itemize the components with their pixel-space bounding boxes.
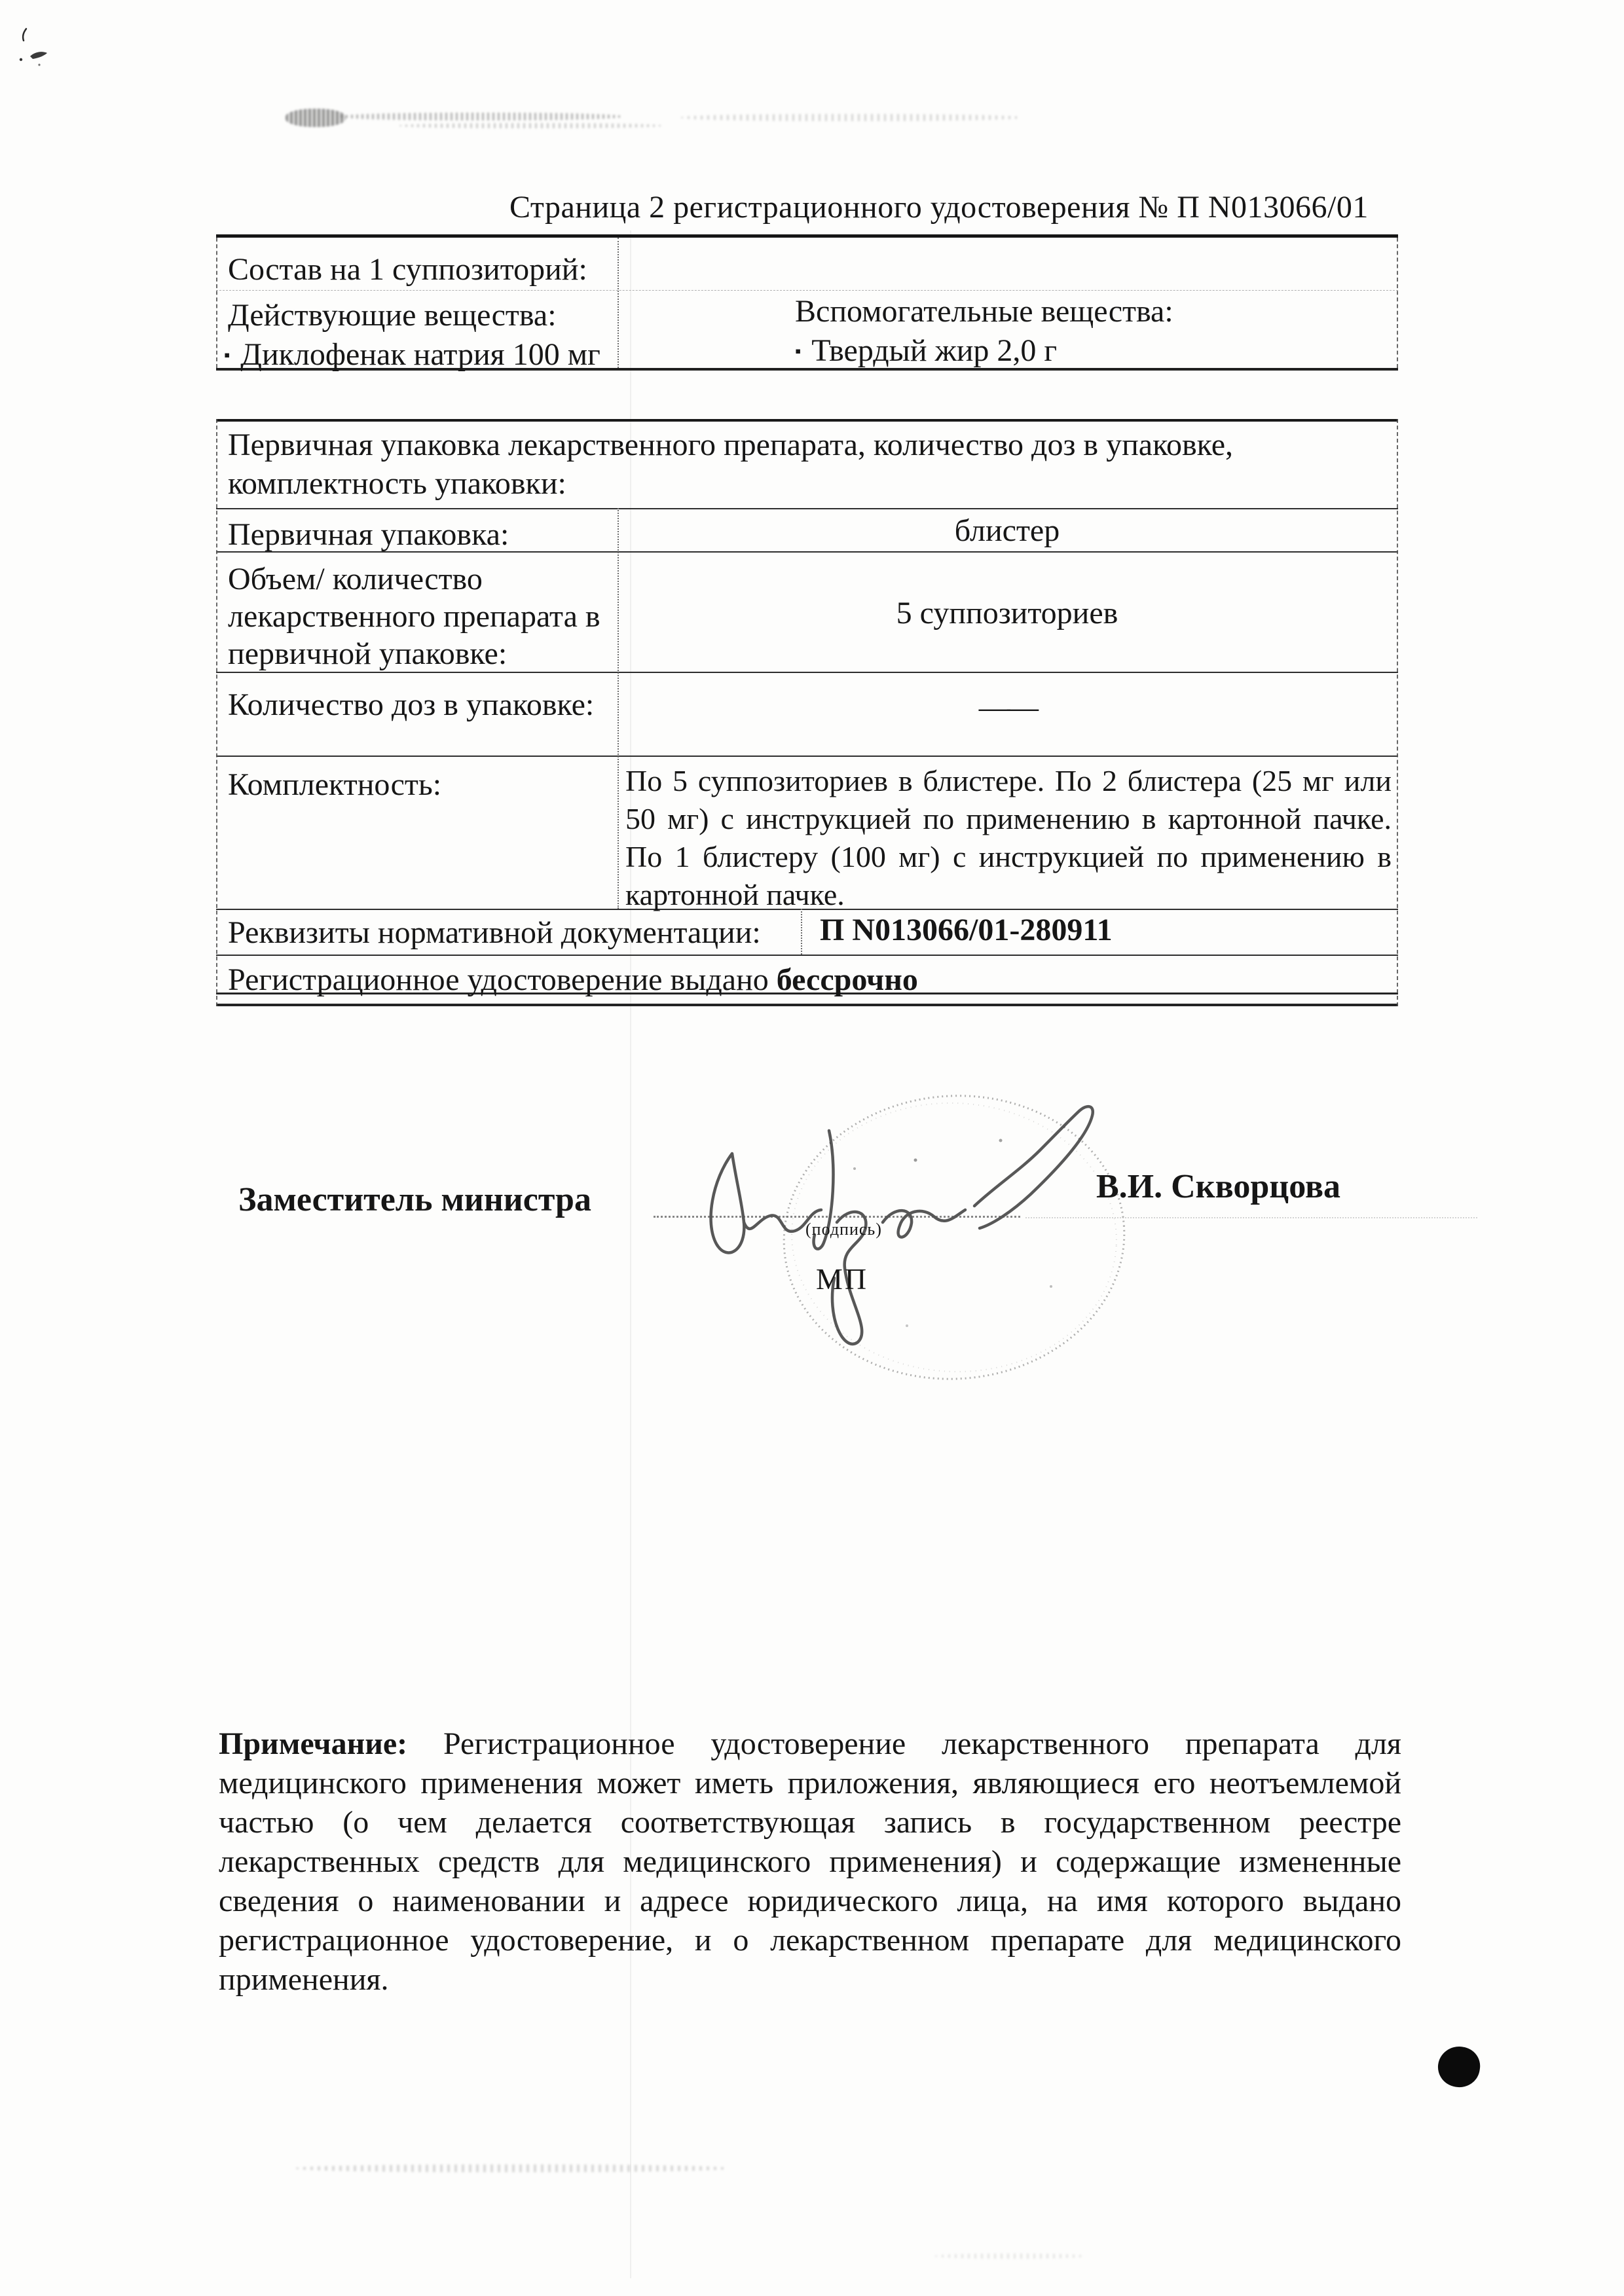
scan-smudge-top [286, 109, 346, 127]
row-value: По 5 суппозиториев в блистере. По 2 блис… [625, 762, 1392, 914]
note-text: Регистрационное удостоверение лекарствен… [219, 1726, 1401, 1997]
validity-text: Регистрационное удостоверение выдано [228, 962, 777, 997]
row-label: Количество доз в упаковке: [228, 686, 594, 724]
bullet-icon: ▪ [224, 346, 230, 365]
active-substance-text: Диклофенак натрия 100 мг [240, 337, 600, 372]
signatory-name: В.И. Скворцова [1096, 1167, 1340, 1207]
requisites-value: П N013066/01-280911 [820, 911, 1113, 949]
active-substances-header: Действующие вещества: [228, 297, 557, 335]
row-divider [216, 508, 1398, 509]
column-divider [801, 909, 802, 955]
signature-caption: (подпись) [805, 1219, 882, 1239]
scan-smudge-top [681, 114, 1022, 121]
ink-dot [1435, 2044, 1483, 2090]
note-paragraph: Примечание: Регистрационное удостоверени… [219, 1724, 1401, 1999]
bullet-icon: ▪ [795, 342, 801, 361]
table-border-left [216, 419, 217, 1006]
note-label: Примечание: [219, 1726, 407, 1761]
ink-mark-icon [12, 25, 64, 71]
signature-line [1025, 1217, 1477, 1218]
auxiliary-substances-header: Вспомогательные вещества: [795, 293, 1173, 331]
active-substance-item: ▪Диклофенак натрия 100 мг [224, 336, 600, 374]
column-divider [618, 238, 619, 368]
table-border-right [1397, 238, 1398, 368]
packaging-title: Первичная упаковка лекарственного препар… [228, 426, 1382, 503]
seal-placeholder: МП [816, 1261, 868, 1297]
row-label: Объем/ количество лекарственного препара… [228, 560, 611, 672]
auxiliary-substance-text: Твердый жир 2,0 г [811, 333, 1057, 368]
signatory-position: Заместитель министра [238, 1180, 591, 1220]
signature-line [654, 1216, 1020, 1218]
composition-title: Состав на 1 суппозиторий: [228, 251, 587, 289]
row-label: Комплектность: [228, 766, 441, 804]
validity-row: Регистрационное удостоверение выдано бес… [228, 961, 918, 999]
page-header: Страница 2 регистрационного удостоверени… [509, 189, 1369, 227]
row-value: 5 суппозиториев [618, 594, 1397, 632]
validity-term: бессрочно [777, 962, 918, 997]
packaging-table: Первичная упаковка лекарственного препар… [216, 419, 1398, 1006]
row-divider [216, 756, 1398, 757]
row-divider [216, 290, 1398, 291]
row-value-dash: —— [618, 689, 1397, 727]
scan-smudge-bottom [296, 2164, 728, 2172]
row-label: Первичная упаковка: [228, 516, 509, 554]
scanned-certificate-page: Страница 2 регистрационного удостоверени… [0, 0, 1624, 2296]
table-border-top [216, 419, 1398, 422]
auxiliary-substance-item: ▪Твердый жир 2,0 г [795, 332, 1057, 370]
requisites-label: Реквизиты нормативной документации: [228, 914, 761, 952]
table-border-right [1397, 419, 1398, 1006]
scan-smudge-bottom [935, 2253, 1086, 2259]
row-divider [216, 955, 1398, 956]
composition-table: Состав на 1 суппозиторий: Действующие ве… [216, 234, 1398, 371]
handwritten-signature [693, 1082, 1112, 1357]
table-border-left [216, 238, 217, 368]
scan-smudge-top [399, 123, 661, 128]
row-value: блистер [618, 512, 1397, 550]
scan-smudge-top [341, 113, 622, 120]
